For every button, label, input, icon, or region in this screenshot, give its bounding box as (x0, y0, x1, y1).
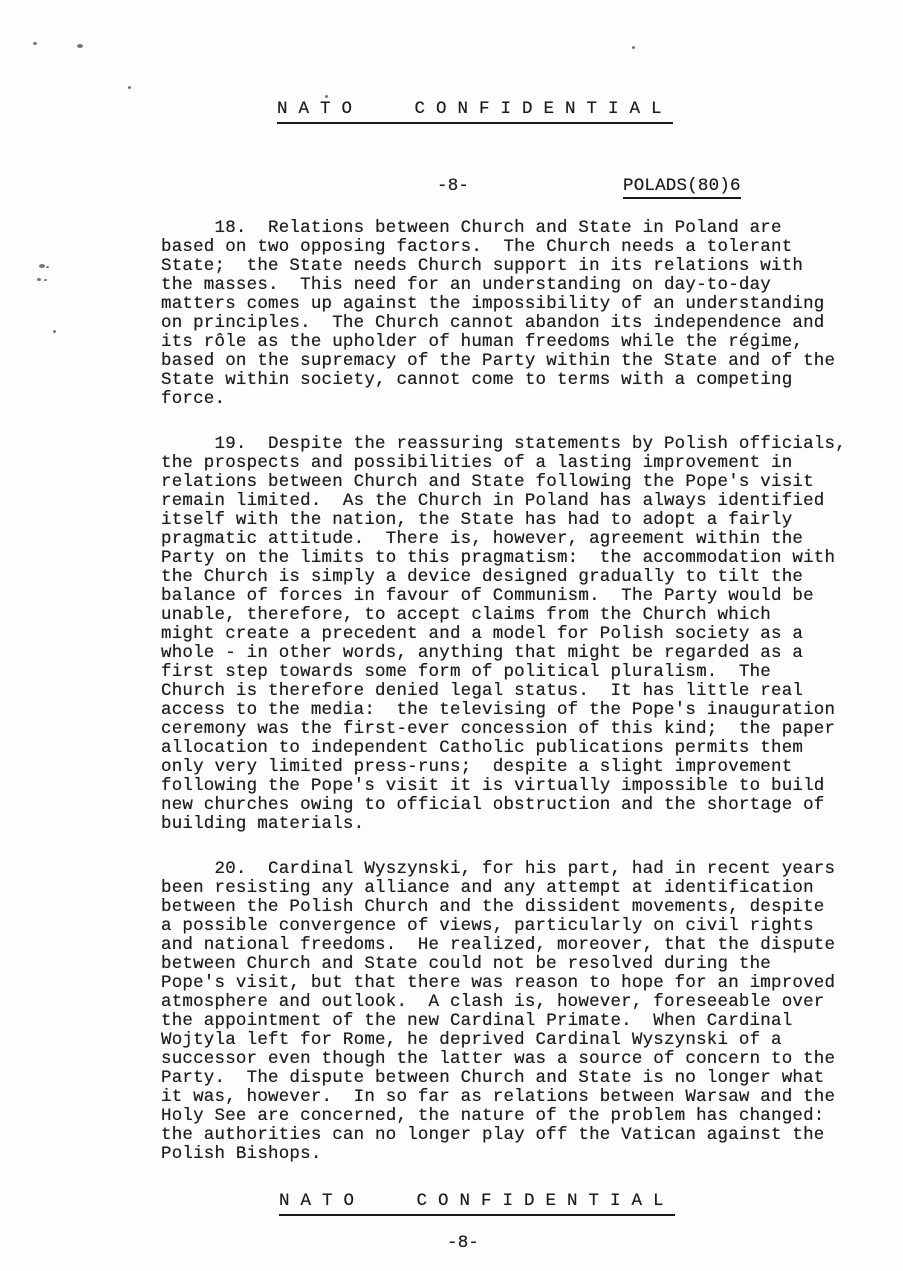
paragraph-20: 20. Cardinal Wyszynski, for his part, ha… (161, 860, 881, 1164)
scan-speckle (44, 279, 47, 281)
document-body: 18. Relations between Church and State i… (161, 219, 881, 1164)
classification-footer: NATO CONFIDENTIAL (279, 1191, 675, 1216)
scan-speckle (128, 86, 131, 89)
page-number-footer: -8- (447, 1233, 479, 1253)
classification-header: NATO CONFIDENTIAL (277, 99, 673, 124)
document-reference: POLADS(80)6 (623, 176, 741, 199)
scan-speckle (77, 44, 83, 48)
scan-speckle (39, 264, 45, 268)
scan-speckle (33, 42, 37, 45)
scan-speckle (632, 46, 635, 49)
scanned-document-page: NATO CONFIDENTIAL -8- POLADS(80)6 18. Re… (0, 0, 903, 1271)
scan-speckle (37, 278, 41, 281)
scan-speckle (53, 330, 56, 333)
paragraph-19: 19. Despite the reassuring statements by… (161, 435, 881, 834)
page-number-header: -8- (437, 176, 469, 196)
scan-speckle (325, 95, 328, 98)
paragraph-18: 18. Relations between Church and State i… (161, 219, 881, 409)
scan-speckle (46, 266, 49, 268)
